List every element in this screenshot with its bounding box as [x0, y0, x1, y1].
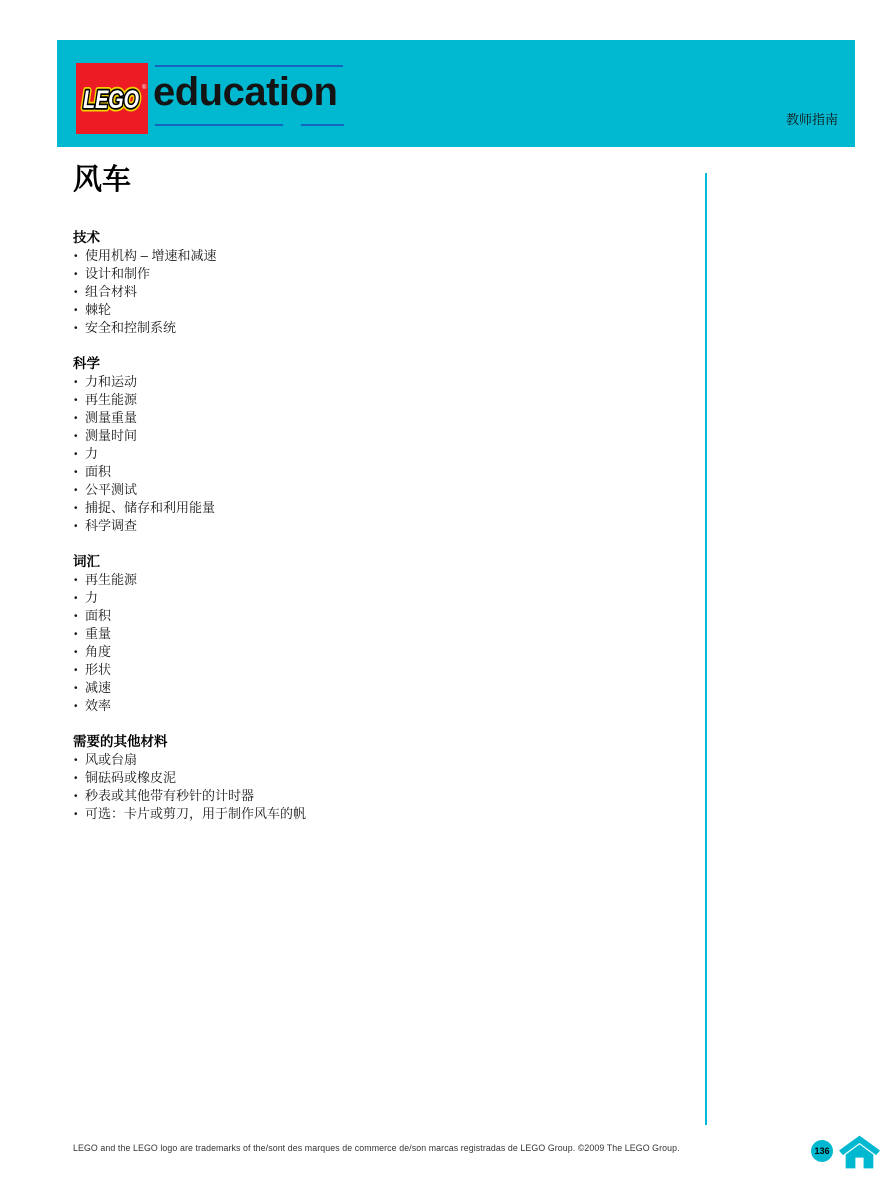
list-item: 秒表或其他带有秒针的计时器 — [73, 787, 633, 805]
svg-text:LEGO: LEGO — [83, 86, 139, 114]
content-sections: 技术使用机构 – 增速和减速设计和制作组合材料棘轮安全和控制系统科学力和运动再生… — [73, 229, 633, 841]
section-heading: 科学 — [73, 355, 633, 373]
header-band: LEGO LEGO ® education 教师指南 — [57, 40, 855, 147]
list-item: 风或台扇 — [73, 751, 633, 769]
bullet-list: 使用机构 – 增速和减速设计和制作组合材料棘轮安全和控制系统 — [73, 247, 633, 337]
list-item: 再生能源 — [73, 391, 633, 409]
page-number-badge: 136 — [811, 1140, 833, 1162]
header-rule-bottom-right — [301, 124, 344, 126]
list-item: 形状 — [73, 661, 633, 679]
list-item: 安全和控制系统 — [73, 319, 633, 337]
trademark-text: LEGO and the LEGO logo are trademarks of… — [73, 1143, 680, 1154]
list-item: 力和运动 — [73, 373, 633, 391]
list-item: 测量重量 — [73, 409, 633, 427]
list-item: 角度 — [73, 643, 633, 661]
list-item: 可选：卡片或剪刀，用于制作风车的帆 — [73, 805, 633, 823]
section-heading: 需要的其他材料 — [73, 733, 633, 751]
list-item: 重量 — [73, 625, 633, 643]
list-item: 再生能源 — [73, 571, 633, 589]
bullet-list: 力和运动再生能源测量重量测量时间力面积公平测试捕捉、储存和利用能量科学调查 — [73, 373, 633, 535]
home-icon[interactable] — [839, 1135, 880, 1169]
list-item: 组合材料 — [73, 283, 633, 301]
section-heading: 词汇 — [73, 553, 633, 571]
content-section: 技术使用机构 – 增速和减速设计和制作组合材料棘轮安全和控制系统 — [73, 229, 633, 337]
list-item: 科学调查 — [73, 517, 633, 535]
list-item: 设计和制作 — [73, 265, 633, 283]
list-item: 测量时间 — [73, 427, 633, 445]
document-page: LEGO LEGO ® education 教师指南 风车 技术使用机构 – 增… — [0, 0, 892, 1190]
brand-education: education — [153, 72, 337, 112]
header-rule-top — [155, 65, 343, 67]
list-item: 效率 — [73, 697, 633, 715]
list-item: 棘轮 — [73, 301, 633, 319]
list-item: 力 — [73, 445, 633, 463]
vertical-divider-line — [705, 173, 707, 1125]
bullet-list: 风或台扇铜砝码或橡皮泥秒表或其他带有秒针的计时器可选：卡片或剪刀，用于制作风车的… — [73, 751, 633, 823]
list-item: 使用机构 – 增速和减速 — [73, 247, 633, 265]
list-item: 面积 — [73, 463, 633, 481]
header-rule-bottom-left — [155, 124, 283, 126]
list-item: 减速 — [73, 679, 633, 697]
lego-logo-icon: LEGO LEGO ® — [76, 63, 148, 134]
content-section: 科学力和运动再生能源测量重量测量时间力面积公平测试捕捉、储存和利用能量科学调查 — [73, 355, 633, 535]
teacher-guide-label: 教师指南 — [786, 112, 838, 128]
registered-mark: ® — [142, 84, 147, 91]
list-item: 力 — [73, 589, 633, 607]
page-title: 风车 — [73, 163, 131, 197]
bullet-list: 再生能源力面积重量角度形状减速效率 — [73, 571, 633, 715]
list-item: 捕捉、储存和利用能量 — [73, 499, 633, 517]
content-section: 需要的其他材料风或台扇铜砝码或橡皮泥秒表或其他带有秒针的计时器可选：卡片或剪刀，… — [73, 733, 633, 823]
list-item: 铜砝码或橡皮泥 — [73, 769, 633, 787]
list-item: 公平测试 — [73, 481, 633, 499]
lego-logo: LEGO LEGO ® — [76, 63, 148, 134]
list-item: 面积 — [73, 607, 633, 625]
content-section: 词汇再生能源力面积重量角度形状减速效率 — [73, 553, 633, 715]
section-heading: 技术 — [73, 229, 633, 247]
